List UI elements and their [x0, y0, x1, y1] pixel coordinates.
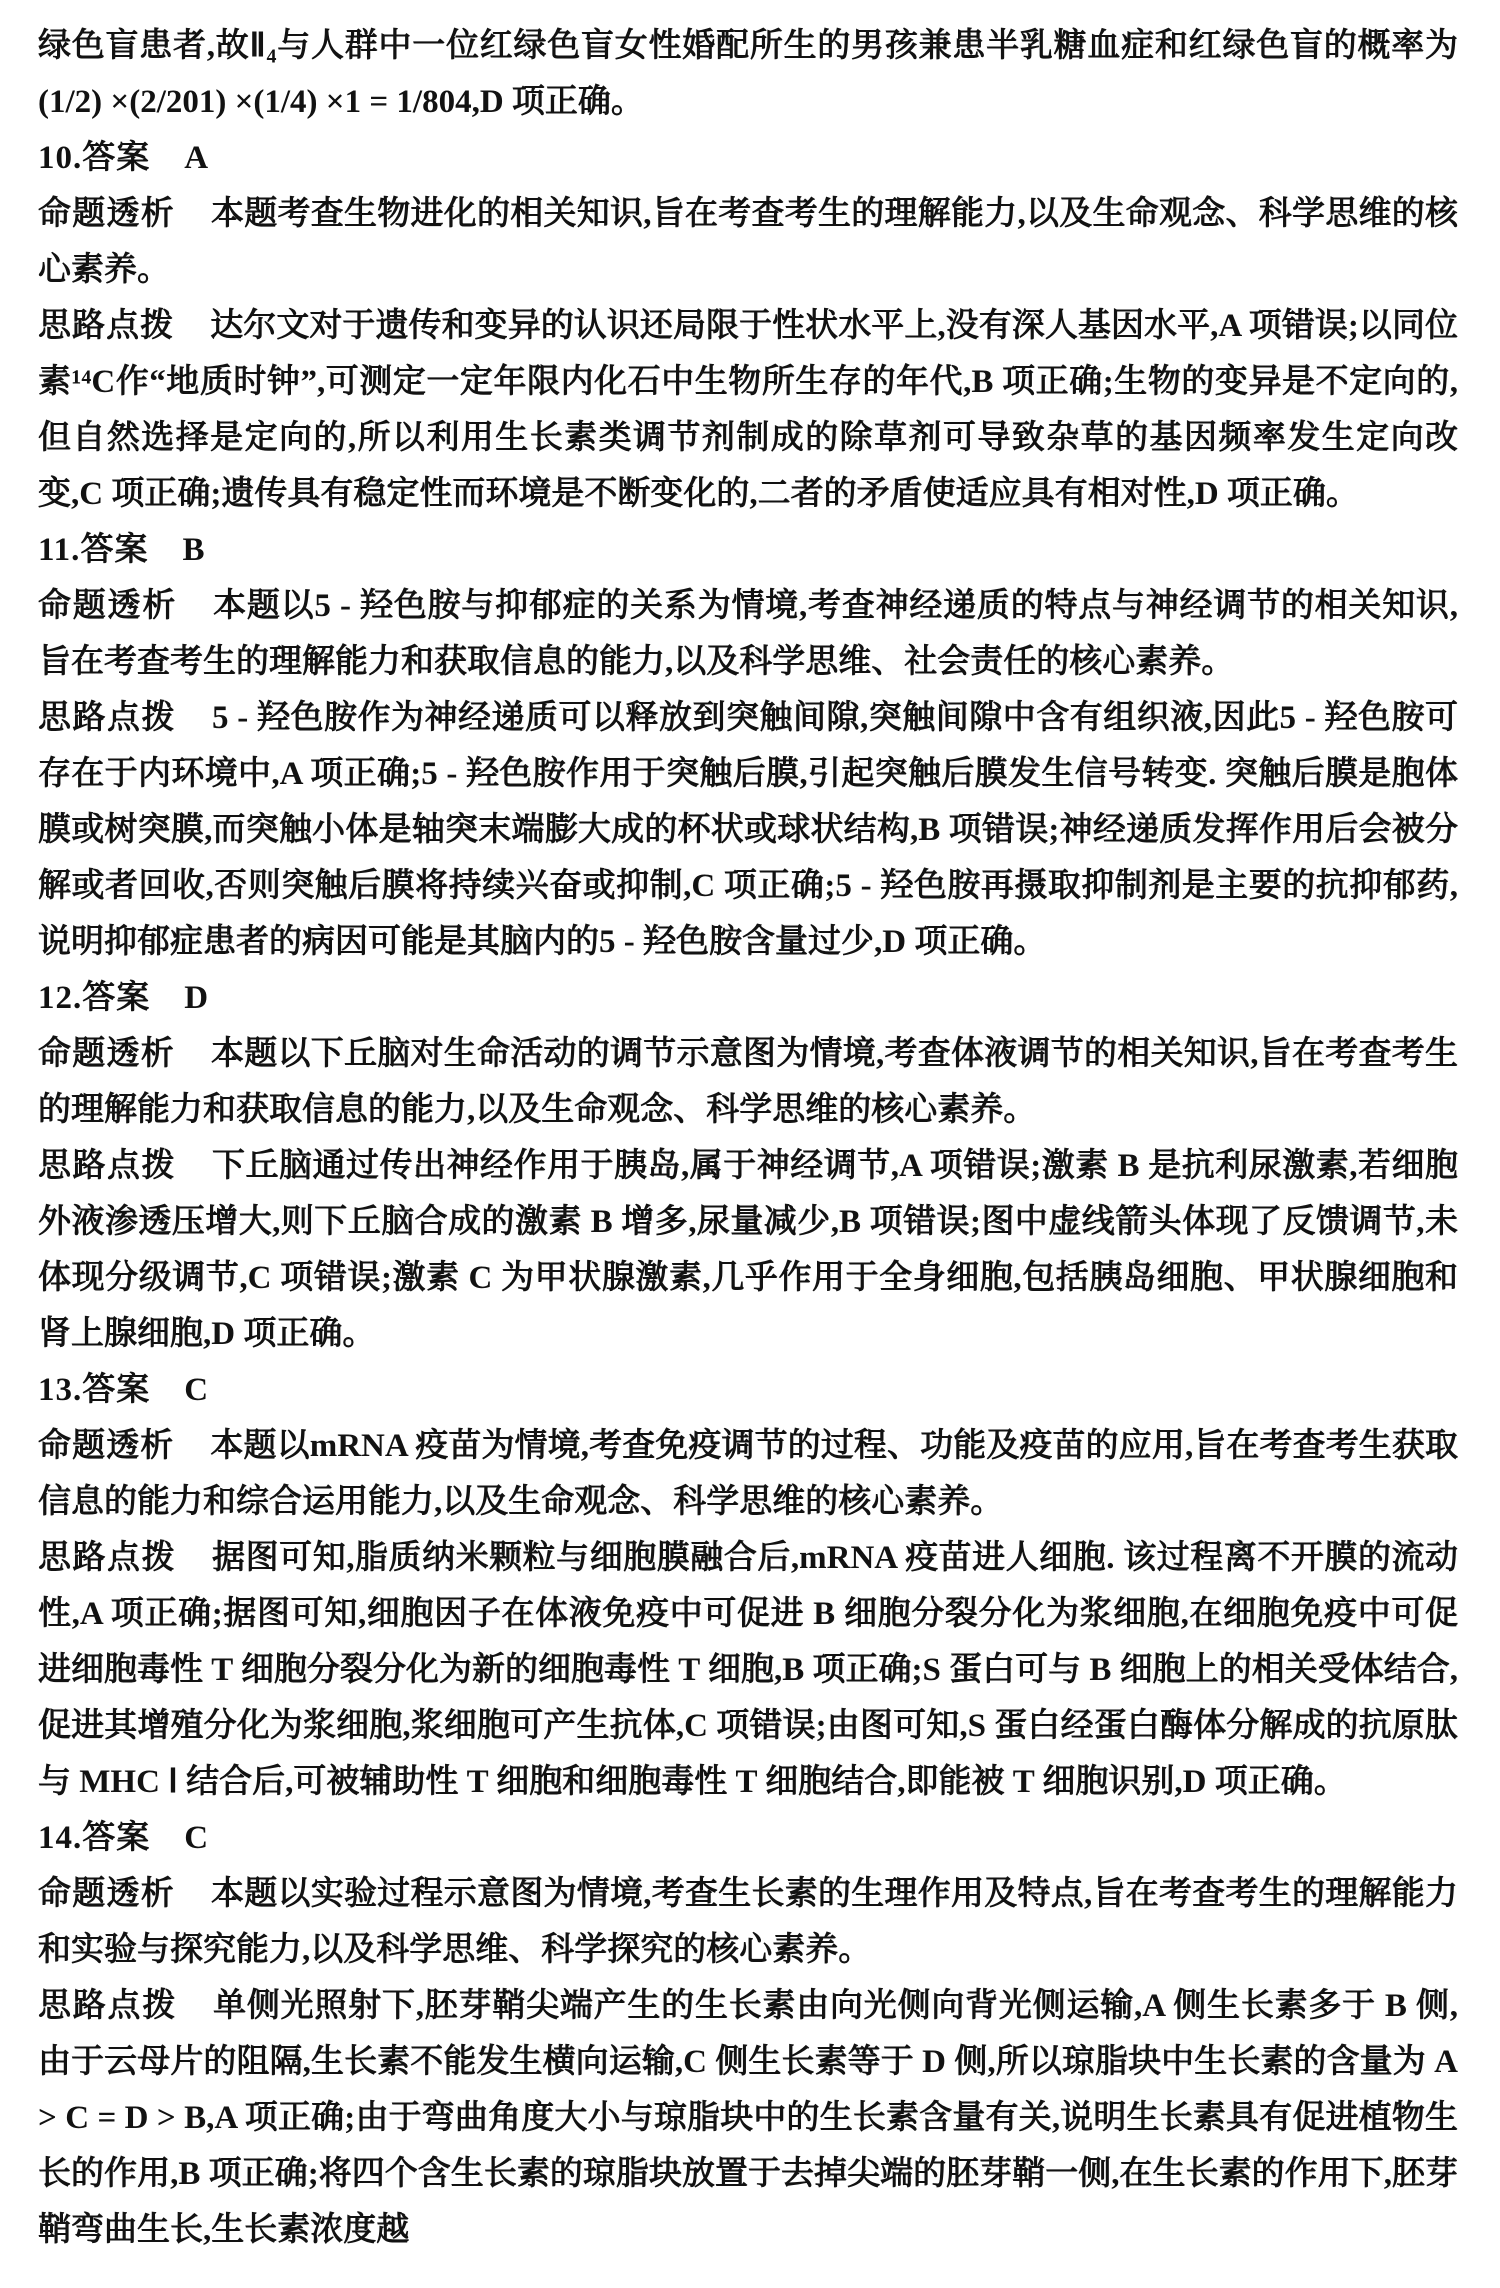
tips-label: 思路点拨 — [38, 1540, 176, 1576]
analysis-text: 本题以下丘脑对生命活动的调节示意图为情境,考查体液调节的相关知识,旨在考查考生的… — [38, 1036, 1458, 1128]
analysis-paragraph: 命题透析本题以实验过程示意图为情境,考查生长素的生理作用及特点,旨在考查考生的理… — [38, 1866, 1458, 1978]
item-heading: 11.答案B — [38, 522, 1458, 578]
analysis-text: 本题以实验过程示意图为情境,考查生长素的生理作用及特点,旨在考查考生的理解能力和… — [38, 1876, 1458, 1968]
answer-label: 答案 — [82, 1372, 150, 1408]
item-number: 12. — [38, 980, 82, 1016]
answer-letter: B — [182, 532, 205, 568]
item-heading: 14.答案C — [38, 1810, 1458, 1866]
answer-letter: A — [184, 140, 209, 176]
answer-letter: C — [184, 1372, 209, 1408]
analysis-text: 本题以mRNA 疫苗为情境,考查免疫调节的过程、功能及疫苗的应用,旨在考查考生获… — [38, 1428, 1458, 1520]
analysis-label: 命题透析 — [38, 1876, 175, 1912]
analysis-text: 本题以5 - 羟色胺与抑郁症的关系为情境,考查神经递质的特点与神经调节的相关知识… — [38, 588, 1458, 680]
answer-item: 12.答案D 命题透析本题以下丘脑对生命活动的调节示意图为情境,考查体液调节的相… — [38, 970, 1458, 1362]
item-heading: 13.答案C — [38, 1362, 1458, 1418]
item-heading: 12.答案D — [38, 970, 1458, 1026]
tips-label: 思路点拨 — [38, 1988, 177, 2024]
analysis-label: 命题透析 — [38, 1036, 175, 1072]
analysis-label: 命题透析 — [38, 588, 177, 624]
answer-item: 11.答案B 命题透析本题以5 - 羟色胺与抑郁症的关系为情境,考查神经递质的特… — [38, 522, 1458, 970]
tips-paragraph: 思路点拨据图可知,脂质纳米颗粒与细胞膜融合后,mRNA 疫苗进人细胞. 该过程离… — [38, 1530, 1458, 1810]
item-heading: 10.答案A — [38, 130, 1458, 186]
tips-label: 思路点拨 — [38, 1148, 176, 1184]
answer-letter: D — [184, 980, 209, 1016]
intro-paragraph: 绿色盲患者,故Ⅱ₄与人群中一位红绿色盲女性婚配所生的男孩兼患半乳糖血症和红绿色盲… — [38, 18, 1458, 130]
analysis-label: 命题透析 — [38, 196, 175, 232]
analysis-label: 命题透析 — [38, 1428, 174, 1464]
analysis-paragraph: 命题透析本题以下丘脑对生命活动的调节示意图为情境,考查体液调节的相关知识,旨在考… — [38, 1026, 1458, 1138]
tips-paragraph: 思路点拨达尔文对于遗传和变异的认识还局限于性状水平上,没有深人基因水平,A 项错… — [38, 298, 1458, 522]
analysis-paragraph: 命题透析本题以mRNA 疫苗为情境,考查免疫调节的过程、功能及疫苗的应用,旨在考… — [38, 1418, 1458, 1530]
analysis-paragraph: 命题透析本题以5 - 羟色胺与抑郁症的关系为情境,考查神经递质的特点与神经调节的… — [38, 578, 1458, 690]
answer-item: 10.答案A 命题透析本题考查生物进化的相关知识,旨在考查考生的理解能力,以及生… — [38, 130, 1458, 522]
answer-sheet-page: 绿色盲患者,故Ⅱ₄与人群中一位红绿色盲女性婚配所生的男孩兼患半乳糖血症和红绿色盲… — [38, 18, 1458, 2258]
tips-paragraph: 思路点拨单侧光照射下,胚芽鞘尖端产生的生长素由向光侧向背光侧运输,A 侧生长素多… — [38, 1978, 1458, 2258]
answer-letter: C — [184, 1820, 209, 1856]
item-number: 13. — [38, 1372, 82, 1408]
tips-label: 思路点拨 — [38, 700, 176, 736]
item-number: 11. — [38, 532, 80, 568]
analysis-paragraph: 命题透析本题考查生物进化的相关知识,旨在考查考生的理解能力,以及生命观念、科学思… — [38, 186, 1458, 298]
answer-label: 答案 — [82, 140, 150, 176]
tips-text: 据图可知,脂质纳米颗粒与细胞膜融合后,mRNA 疫苗进人细胞. 该过程离不开膜的… — [38, 1540, 1458, 1800]
tips-text: 下丘脑通过传出神经作用于胰岛,属于神经调节,A 项错误;激素 B 是抗利尿激素,… — [38, 1148, 1458, 1352]
tips-text: 5 - 羟色胺作为神经递质可以释放到突触间隙,突触间隙中含有组织液,因此5 - … — [38, 700, 1458, 960]
tips-paragraph: 思路点拨下丘脑通过传出神经作用于胰岛,属于神经调节,A 项错误;激素 B 是抗利… — [38, 1138, 1458, 1362]
item-number: 10. — [38, 140, 82, 176]
tips-text: 达尔文对于遗传和变异的认识还局限于性状水平上,没有深人基因水平,A 项错误;以同… — [38, 308, 1458, 512]
item-number: 14. — [38, 1820, 82, 1856]
answer-item: 14.答案C 命题透析本题以实验过程示意图为情境,考查生长素的生理作用及特点,旨… — [38, 1810, 1458, 2258]
answer-label: 答案 — [82, 1820, 150, 1856]
answer-label: 答案 — [80, 532, 148, 568]
tips-label: 思路点拨 — [38, 308, 174, 344]
tips-text: 单侧光照射下,胚芽鞘尖端产生的生长素由向光侧向背光侧运输,A 侧生长素多于 B … — [38, 1988, 1458, 2248]
analysis-text: 本题考查生物进化的相关知识,旨在考查考生的理解能力,以及生命观念、科学思维的核心… — [38, 196, 1458, 288]
answer-item: 13.答案C 命题透析本题以mRNA 疫苗为情境,考查免疫调节的过程、功能及疫苗… — [38, 1362, 1458, 1810]
tips-paragraph: 思路点拨5 - 羟色胺作为神经递质可以释放到突触间隙,突触间隙中含有组织液,因此… — [38, 690, 1458, 970]
answer-label: 答案 — [82, 980, 150, 1016]
